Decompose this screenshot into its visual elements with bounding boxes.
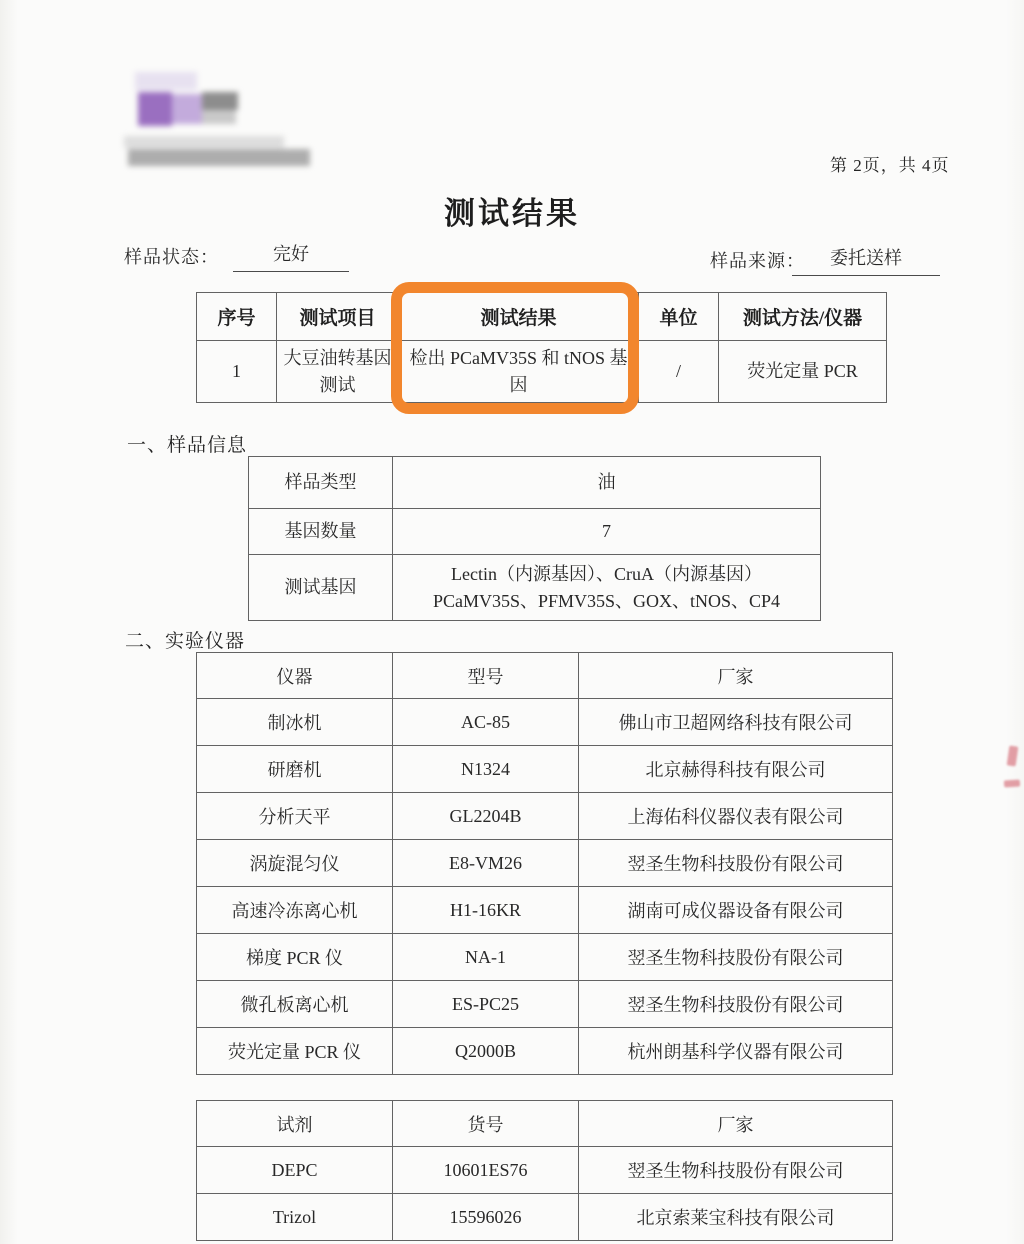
- cell-manufacturer: 翌圣生物科技股份有限公司: [579, 840, 893, 887]
- cell-instrument: 荧光定量 PCR 仪: [197, 1028, 393, 1075]
- column-header: 厂家: [579, 1101, 893, 1147]
- logo-blur-block: [202, 110, 236, 124]
- cell-manufacturer: 杭州朗基科学仪器有限公司: [579, 1028, 893, 1075]
- cell-instrument: 分析天平: [197, 793, 393, 840]
- table-row: 1 大豆油转基因测试 检出 PCaMV35S 和 tNOS 基因 / 荧光定量 …: [197, 341, 887, 403]
- cell-seq-no: 1: [197, 341, 277, 403]
- cell-instrument: 制冰机: [197, 699, 393, 746]
- column-header: 仪器: [197, 653, 393, 699]
- logo-blur-block: [202, 92, 238, 110]
- sample-status-value: 完好: [233, 240, 349, 272]
- table-row: 测试基因 Lectin（内源基因）、CruA（内源基因） PCaMV35S、PF…: [249, 555, 821, 621]
- test-result-table: 序号 测试项目 测试结果 单位 测试方法/仪器 1 大豆油转基因测试 检出 PC…: [196, 292, 887, 403]
- sample-status-label: 样品状态：: [124, 243, 219, 269]
- cell-model: ES-PC25: [393, 981, 579, 1028]
- table-row: 涡旋混匀仪 E8-VM26 翌圣生物科技股份有限公司: [197, 840, 893, 887]
- cell-catalog-no: 10601ES76: [393, 1147, 579, 1194]
- table-row: 荧光定量 PCR 仪 Q2000B 杭州朗基科学仪器有限公司: [197, 1028, 893, 1075]
- cell-method: 荧光定量 PCR: [719, 341, 887, 403]
- cell-instrument: 微孔板离心机: [197, 981, 393, 1028]
- cell-model: Q2000B: [393, 1028, 579, 1075]
- cell-manufacturer: 北京赫得科技有限公司: [579, 746, 893, 793]
- row-label: 测试基因: [249, 555, 393, 621]
- page-title: 测试结果: [0, 188, 1024, 233]
- table-header-row: 试剂 货号 厂家: [197, 1101, 893, 1147]
- cell-unit: /: [639, 341, 719, 403]
- section-heading-instruments: 二、实验仪器: [125, 626, 245, 653]
- cell-reagent: DEPC: [197, 1147, 393, 1194]
- row-value: 7: [393, 509, 821, 555]
- instrument-table: 仪器 型号 厂家 制冰机 AC-85 佛山市卫超网络科技有限公司 研磨机 N13…: [196, 652, 893, 1075]
- reagent-table: 试剂 货号 厂家 DEPC 10601ES76 翌圣生物科技股份有限公司 Tri…: [196, 1100, 893, 1241]
- column-header: 测试方法/仪器: [719, 293, 887, 341]
- logo-blur-block: [172, 94, 202, 124]
- cell-manufacturer: 北京索莱宝科技有限公司: [579, 1194, 893, 1241]
- column-header: 型号: [393, 653, 579, 699]
- column-header: 单位: [639, 293, 719, 341]
- cell-instrument: 研磨机: [197, 746, 393, 793]
- cell-instrument: 梯度 PCR 仪: [197, 934, 393, 981]
- sample-source-label: 样品来源：: [710, 247, 805, 273]
- table-row: 梯度 PCR 仪 NA-1 翌圣生物科技股份有限公司: [197, 934, 893, 981]
- redacted-logo-image: [133, 70, 253, 128]
- cell-manufacturer: 翌圣生物科技股份有限公司: [579, 934, 893, 981]
- cell-manufacturer: 湖南可成仪器设备有限公司: [579, 887, 893, 934]
- column-header: 测试结果: [399, 293, 639, 341]
- cell-manufacturer: 翌圣生物科技股份有限公司: [579, 981, 893, 1028]
- column-header: 测试项目: [277, 293, 399, 341]
- cell-test-item: 大豆油转基因测试: [277, 341, 399, 403]
- cell-catalog-no: 15596026: [393, 1194, 579, 1241]
- section-heading-sample-info: 一、样品信息: [127, 430, 247, 457]
- column-header: 厂家: [579, 653, 893, 699]
- table-row: Trizol 15596026 北京索莱宝科技有限公司: [197, 1194, 893, 1241]
- cell-manufacturer: 上海佑科仪器仪表有限公司: [579, 793, 893, 840]
- logo-blur-block: [138, 92, 172, 126]
- table-row: 制冰机 AC-85 佛山市卫超网络科技有限公司: [197, 699, 893, 746]
- page-number: 第 2页，共 4页: [830, 151, 1010, 176]
- cell-model: H1-16KR: [393, 887, 579, 934]
- row-value: 油: [393, 457, 821, 509]
- scanned-report-page: 第 2页，共 4页 测试结果 样品状态： 完好 样品来源： 委托送样 序号 测试…: [0, 0, 1024, 1244]
- cell-manufacturer: 佛山市卫超网络科技有限公司: [579, 699, 893, 746]
- text-blur-line: [128, 149, 310, 166]
- cell-model: NA-1: [393, 934, 579, 981]
- redacted-text-line: [124, 136, 314, 172]
- cell-model: E8-VM26: [393, 840, 579, 887]
- table-row: 高速冷冻离心机 H1-16KR 湖南可成仪器设备有限公司: [197, 887, 893, 934]
- row-label: 样品类型: [249, 457, 393, 509]
- sample-info-table: 样品类型 油 基因数量 7 测试基因 Lectin（内源基因）、CruA（内源基…: [248, 456, 821, 621]
- table-row: 微孔板离心机 ES-PC25 翌圣生物科技股份有限公司: [197, 981, 893, 1028]
- row-value: Lectin（内源基因）、CruA（内源基因） PCaMV35S、PFMV35S…: [393, 555, 821, 621]
- text-blur-line: [124, 136, 284, 148]
- table-header-row: 序号 测试项目 测试结果 单位 测试方法/仪器: [197, 293, 887, 341]
- column-header: 序号: [197, 293, 277, 341]
- cell-model: GL2204B: [393, 793, 579, 840]
- sample-source-value: 委托送样: [792, 244, 940, 276]
- table-row: 样品类型 油: [249, 457, 821, 509]
- cell-instrument: 涡旋混匀仪: [197, 840, 393, 887]
- stamp-stroke: [1004, 779, 1020, 787]
- row-label: 基因数量: [249, 509, 393, 555]
- cell-model: AC-85: [393, 699, 579, 746]
- stamp-fragment: [1000, 744, 1024, 808]
- cell-reagent: Trizol: [197, 1194, 393, 1241]
- table-row: 研磨机 N1324 北京赫得科技有限公司: [197, 746, 893, 793]
- logo-blur-block: [135, 72, 197, 90]
- table-row: DEPC 10601ES76 翌圣生物科技股份有限公司: [197, 1147, 893, 1194]
- table-row: 基因数量 7: [249, 509, 821, 555]
- column-header: 试剂: [197, 1101, 393, 1147]
- cell-model: N1324: [393, 746, 579, 793]
- stamp-stroke: [1007, 745, 1019, 766]
- cell-manufacturer: 翌圣生物科技股份有限公司: [579, 1147, 893, 1194]
- column-header: 货号: [393, 1101, 579, 1147]
- cell-instrument: 高速冷冻离心机: [197, 887, 393, 934]
- table-header-row: 仪器 型号 厂家: [197, 653, 893, 699]
- cell-test-result: 检出 PCaMV35S 和 tNOS 基因: [399, 341, 639, 403]
- table-row: 分析天平 GL2204B 上海佑科仪器仪表有限公司: [197, 793, 893, 840]
